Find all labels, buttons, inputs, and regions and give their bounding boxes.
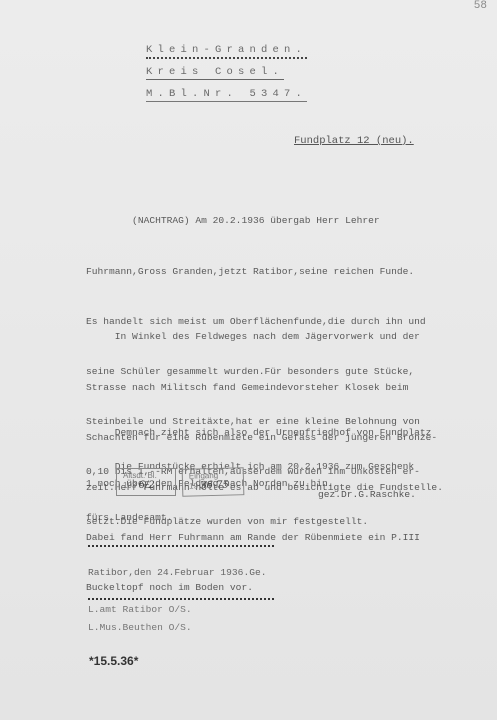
stamp-prefix: 193 [123,481,136,490]
archive-stamp: Altsdt. Bl. 193 6/2 [116,468,176,496]
signature: gez.Dr.G.Raschke. [318,489,416,500]
distribution-line: L.amt Ratibor O/S. [88,604,192,615]
header-locality: Klein-Granden. [146,44,307,59]
date-stamp: *15.5.36* [89,654,138,668]
text-line: In Winkel des Feldweges nach dem Jägervo… [86,329,486,346]
divider [88,545,274,547]
text-line: Buckeltopf noch im Boden vor. [86,580,486,597]
header-map-sheet: M.Bl.Nr. 5347. [146,88,307,102]
site-title: Fundplatz 12 (neu). [294,135,414,147]
stamp-prefix: 19 [189,481,198,490]
place-date-line: Ratibor,den 24.Februar 1936.Ge. [88,567,266,578]
page-number: 58 [474,0,487,12]
divider [88,598,274,600]
stamp-handwritten: 6/2 [139,480,155,491]
stamp-label: Altsdt. Bl. [123,471,169,480]
receipt-stamp: Eingang 19 36 75 [182,467,245,497]
stamp-handwritten: 36 75 [200,480,229,492]
text-line: (NACHTRAG) Am 20.2.1936 übergab Herr Leh… [86,213,486,230]
text-line: Fuhrmann,Gross Granden,jetzt Ratibor,sei… [86,264,486,281]
text-line: fürs Landesamt. [86,510,486,527]
distribution-line: L.Mus.Beuthen O/S. [88,622,192,633]
header-district: Kreis Cosel. [146,66,284,80]
document-page: 58 Klein-Granden. Kreis Cosel. M.Bl.Nr. … [0,0,497,720]
